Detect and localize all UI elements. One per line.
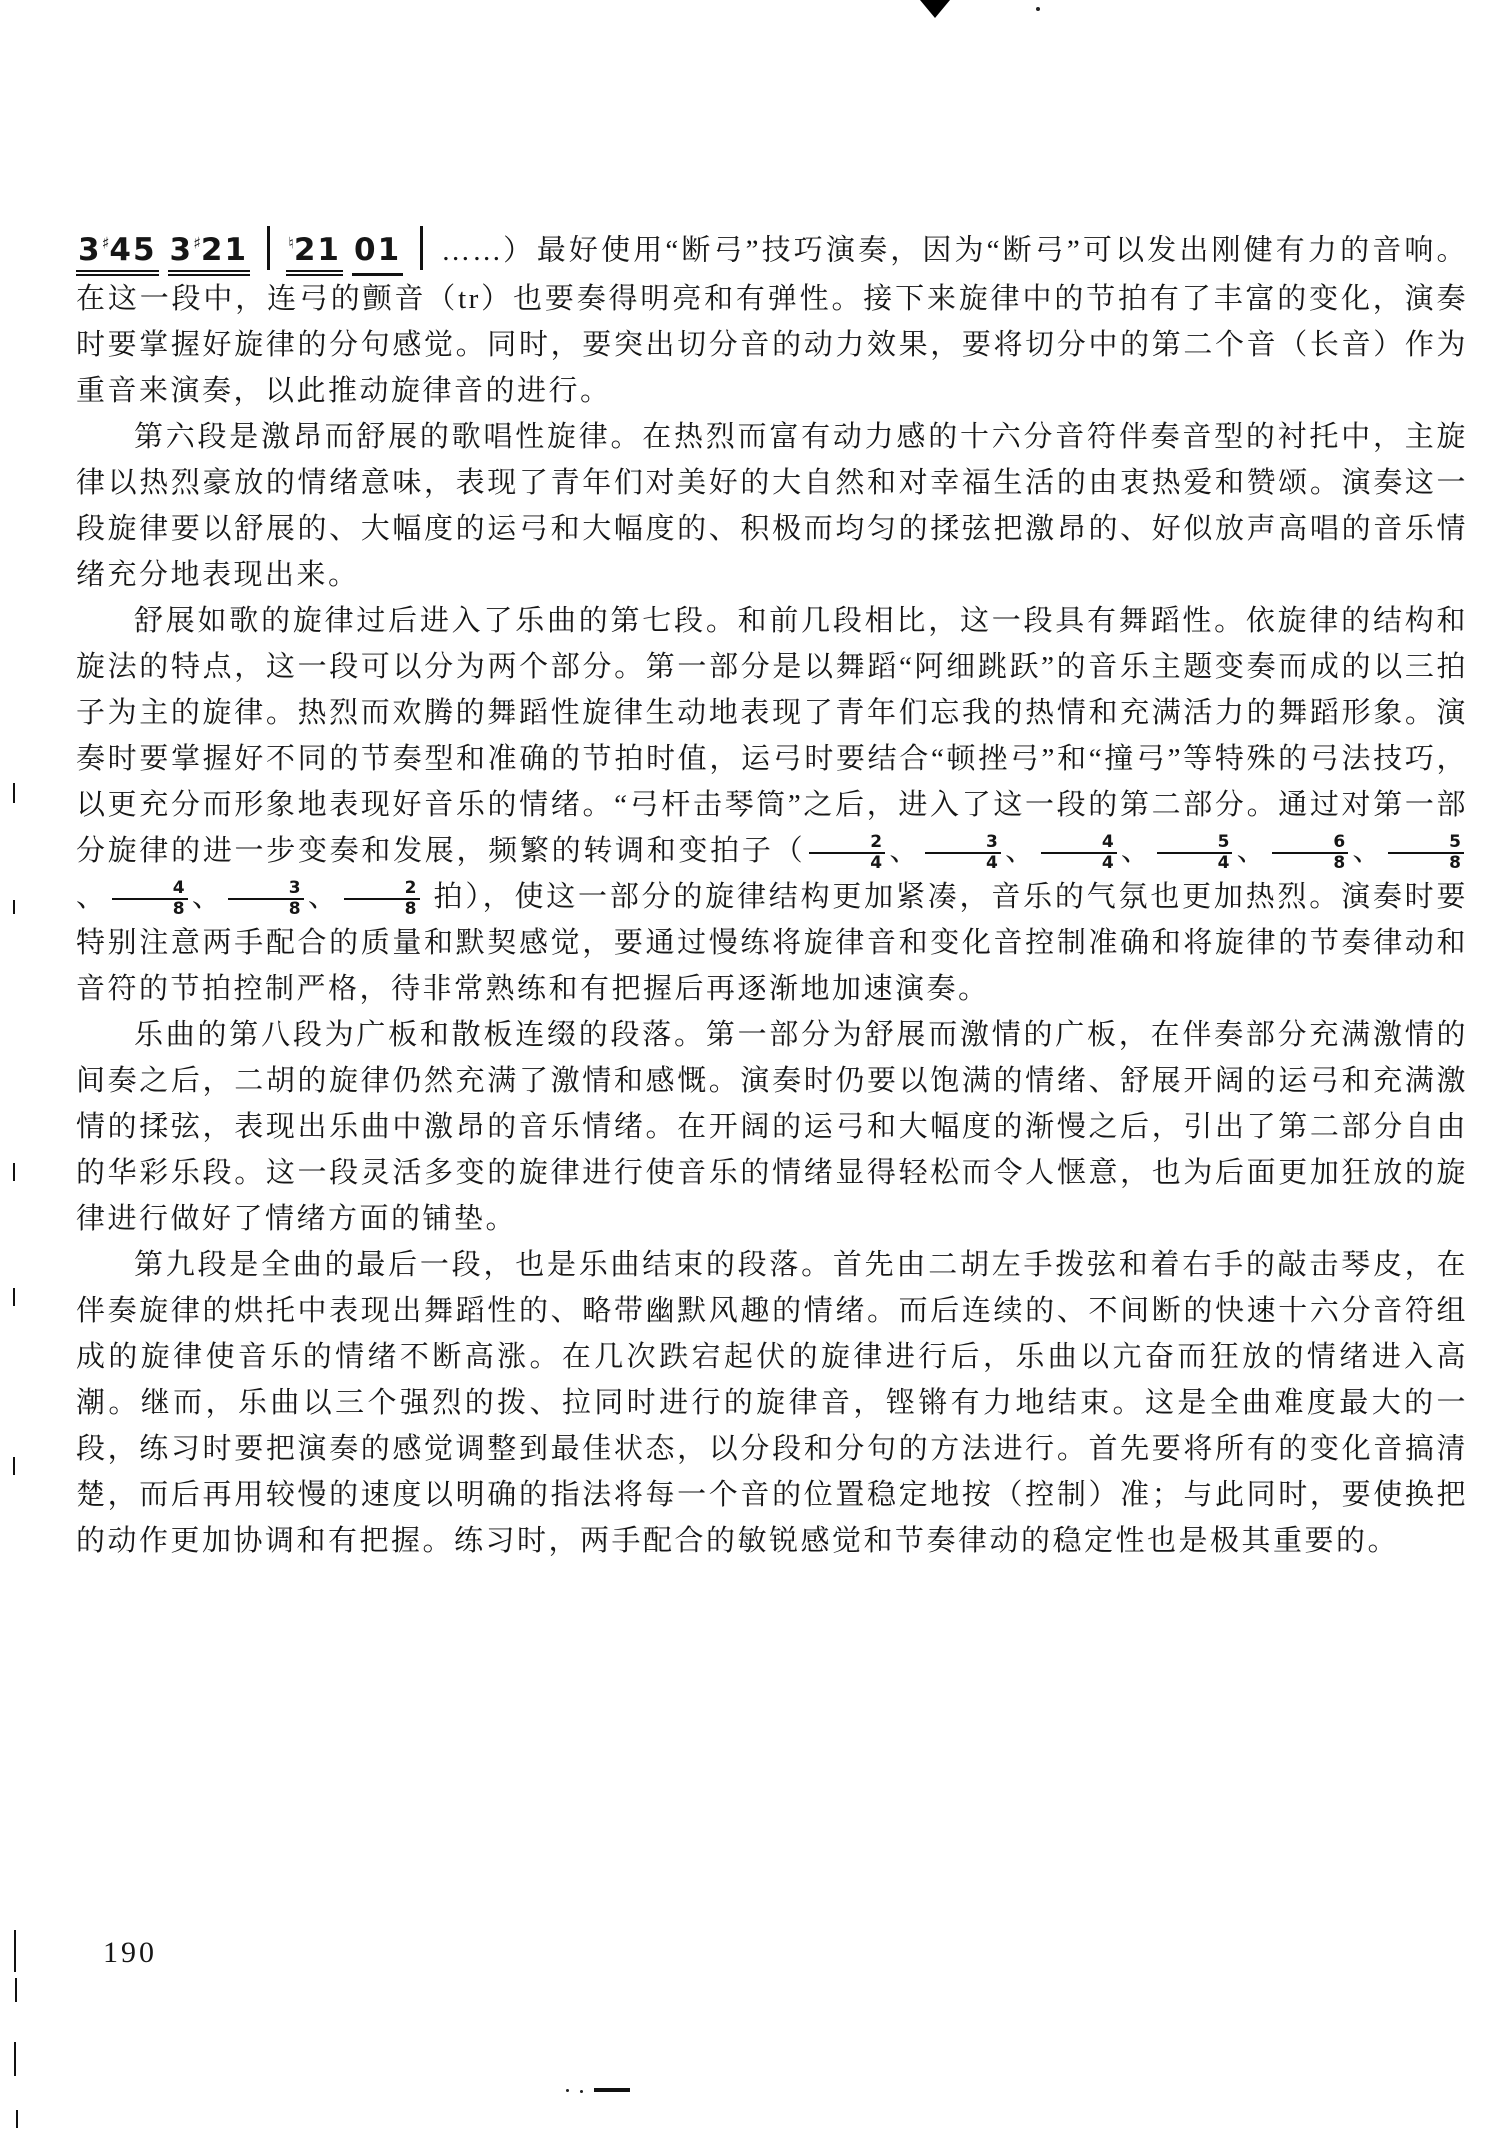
time-signature: 24 xyxy=(809,834,885,873)
time-signature: 34 xyxy=(925,834,1001,873)
paragraph-section-eight: 乐曲的第八段为广板和散板连缀的段落。第一部分为舒展而激情的广板，在伴奏部分充满激… xyxy=(76,1012,1468,1242)
paragraph-text: 舒展如歌的旋律过后进入了乐曲的第七段。和前几段相比，这一段具有舞蹈性。依旋律的结… xyxy=(76,605,1468,867)
time-signature: 38 xyxy=(228,880,304,919)
scan-artifact-line xyxy=(14,2042,16,2076)
scan-artifact-dash xyxy=(594,2088,630,2092)
notation-ellipsis: ……） xyxy=(439,236,536,268)
scan-artifact-dot xyxy=(566,2089,569,2092)
time-signature: 54 xyxy=(1157,834,1233,873)
scan-artifact-line xyxy=(13,1457,15,1475)
scan-artifact-dot xyxy=(1036,7,1040,11)
notation-note-group: ♮21 xyxy=(286,233,343,276)
time-signature: 44 xyxy=(1041,834,1117,873)
paragraph-section-six: 第六段是激昂而舒展的歌唱性旋律。在热烈而富有动力感的十六分音符伴奏音型的衬托中，… xyxy=(76,414,1468,598)
scan-artifact-dot xyxy=(580,2090,583,2093)
time-signature: 68 xyxy=(1272,834,1348,873)
scan-artifact-line xyxy=(14,1930,16,1972)
scan-artifact-line xyxy=(13,900,15,914)
scan-artifact-line xyxy=(15,1978,17,2002)
sharp-icon: ♯ xyxy=(102,233,110,252)
natural-icon: ♮ xyxy=(288,233,294,252)
scan-artifact-line xyxy=(13,783,15,803)
scan-artifact-line xyxy=(13,1163,15,1181)
paragraph-text: 第九段是全曲的最后一段，也是乐曲结束的段落。首先由二胡左手拨弦和着右手的敲击琴皮… xyxy=(76,1249,1468,1557)
time-signature: 58 xyxy=(1388,834,1464,873)
barline xyxy=(420,226,423,270)
scan-artifact-triangle-icon xyxy=(920,0,950,18)
time-signature: 48 xyxy=(112,880,188,919)
scanned-book-page: 3♯453♯21♮2101……）最好使用“断弓”技巧演奏，因为“断弓”可以发出刚… xyxy=(0,0,1500,2129)
paragraph-text: 第六段是激昂而舒展的歌唱性旋律。在热烈而富有动力感的十六分音符伴奏音型的衬托中，… xyxy=(76,421,1468,591)
paragraph-text: 乐曲的第八段为广板和散板连缀的段落。第一部分为舒展而激情的广板，在伴奏部分充满激… xyxy=(76,1019,1468,1235)
time-signature: 28 xyxy=(344,880,420,919)
music-notation: 3♯453♯21♮2101……） xyxy=(76,232,536,268)
text-block: 3♯453♯21♮2101……）最好使用“断弓”技巧演奏，因为“断弓”可以发出刚… xyxy=(76,226,1468,1564)
paragraph-notation-and-bowing: 3♯453♯21♮2101……）最好使用“断弓”技巧演奏，因为“断弓”可以发出刚… xyxy=(76,226,1468,414)
notation-note-group: 3♯45 xyxy=(76,233,159,276)
barline xyxy=(267,226,270,270)
notation-note-group: 3♯21 xyxy=(168,233,251,276)
paragraph-section-seven: 舒展如歌的旋律过后进入了乐曲的第七段。和前几段相比，这一段具有舞蹈性。依旋律的结… xyxy=(76,598,1468,1012)
scan-artifact-line xyxy=(16,2110,18,2128)
sharp-icon: ♯ xyxy=(193,233,201,252)
scan-artifact-line xyxy=(13,1288,15,1306)
notation-note-group: 01 xyxy=(352,233,403,276)
paragraph-section-nine: 第九段是全曲的最后一段，也是乐曲结束的段落。首先由二胡左手拨弦和着右手的敲击琴皮… xyxy=(76,1242,1468,1564)
page-number: 190 xyxy=(103,1936,157,1970)
